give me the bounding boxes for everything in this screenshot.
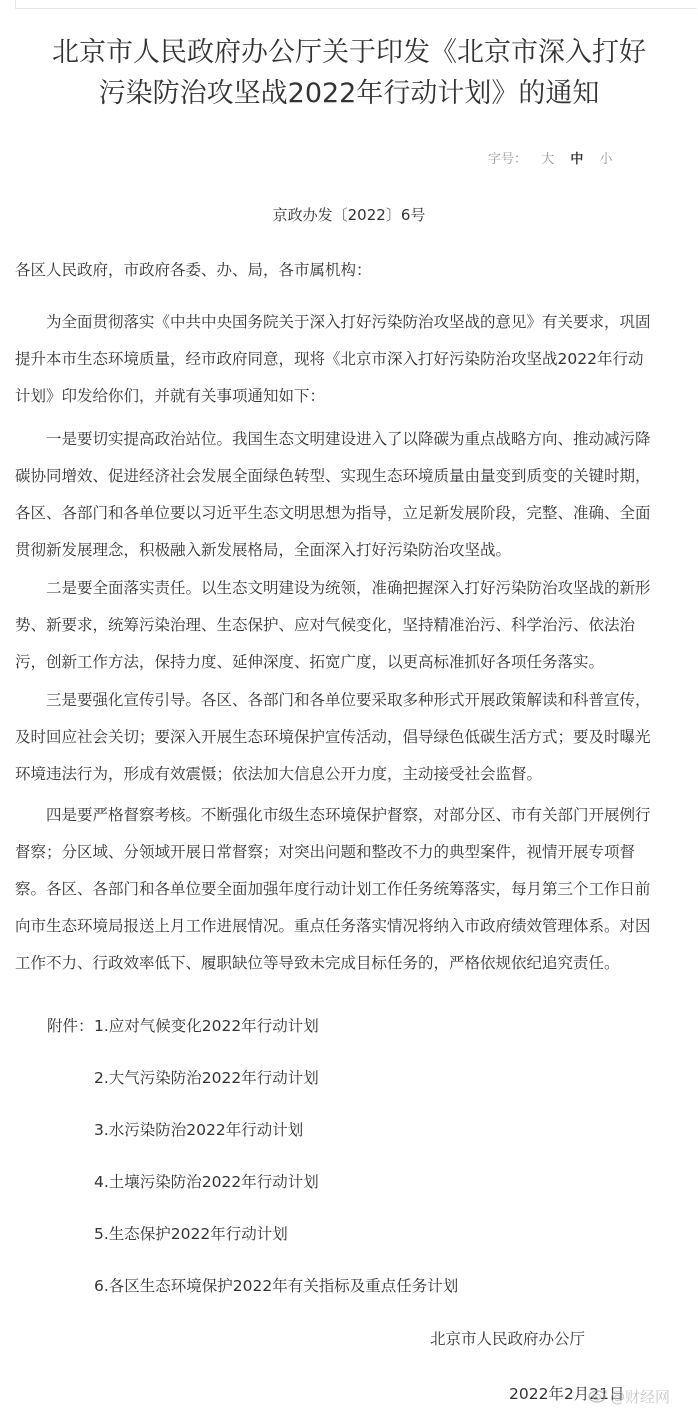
watermark: @财经网 [588, 1386, 670, 1407]
document-title: 北京市人民政府办公厅关于印发《北京市深入打好 污染防治攻坚战2022年行动计划》… [0, 32, 698, 114]
attachment-title: 2.大气污染防治2022年行动计划 [94, 1069, 319, 1087]
attachment-item[interactable]: 5.生态保护2022年行动计划 [47, 1220, 458, 1272]
attachment-title: 3.水污染防治2022年行动计划 [94, 1121, 303, 1139]
attachment-title: 6.各区生态环境保护2022年有关指标及重点任务计划 [94, 1277, 458, 1295]
font-size-large-button[interactable]: 大 [541, 152, 554, 167]
issuer-signature: 北京市人民政府办公厅 [430, 1327, 585, 1351]
salutation: 各区人民政府，市政府各委、办、局，各市属机构： [15, 252, 658, 289]
font-size-small-button[interactable]: 小 [599, 152, 612, 167]
document-number: 京政办发〔2022〕6号 [0, 204, 698, 226]
attachment-title: 5.生态保护2022年行动计划 [94, 1225, 288, 1243]
font-size-label: 字号： [488, 152, 527, 167]
font-size-medium-button[interactable]: 中 [570, 152, 583, 167]
paragraph-point-three: 三是要强化宣传引导。各区、各部门和各单位要采取多种形式开展政策解读和科普宣传，及… [15, 682, 658, 793]
attachment-item[interactable]: 6.各区生态环境保护2022年有关指标及重点任务计划 [47, 1272, 458, 1324]
paragraph-intro: 为全面贯彻落实《中共中央国务院关于深入打好污染防治攻坚战的意见》有关要求，巩固提… [15, 304, 658, 415]
paragraph-point-one: 一是要切实提高政治站位。我国生态文明建设进入了以降碳为重点战略方向、推动减污降碳… [15, 421, 658, 569]
title-line-2: 污染防治攻坚战2022年行动计划》的通知 [99, 78, 600, 109]
title-line-1: 北京市人民政府办公厅关于印发《北京市深入打好 [52, 37, 646, 68]
attachment-item[interactable]: 4.土壤污染防治2022年行动计划 [47, 1168, 458, 1220]
paragraph-point-four: 四是要严格督察考核。不断强化市级生态环境保护督察，对部分区、市有关部门开展例行督… [15, 797, 658, 982]
attachment-title: 4.土壤污染防治2022年行动计划 [94, 1173, 319, 1191]
watermark-text: @财经网 [610, 1386, 670, 1407]
attachment-item[interactable]: 3.水污染防治2022年行动计划 [47, 1116, 458, 1168]
top-frame-border [15, 0, 697, 9]
attachment-item[interactable]: 2.大气污染防治2022年行动计划 [47, 1064, 458, 1116]
font-size-control: 字号： 大 中 小 [488, 150, 624, 170]
attachment-title: 1.应对气候变化2022年行动计划 [94, 1017, 319, 1035]
paragraph-point-two: 二是要全面落实责任。以生态文明建设为统领，准确把握深入打好污染防治攻坚战的新形势… [15, 570, 658, 681]
attachments-label: 附件： [47, 1012, 94, 1040]
attachments-list: 附件：1.应对气候变化2022年行动计划 2.大气污染防治2022年行动计划 3… [47, 1012, 458, 1324]
attachment-item[interactable]: 附件：1.应对气候变化2022年行动计划 [47, 1012, 458, 1064]
weibo-icon [588, 1387, 610, 1407]
